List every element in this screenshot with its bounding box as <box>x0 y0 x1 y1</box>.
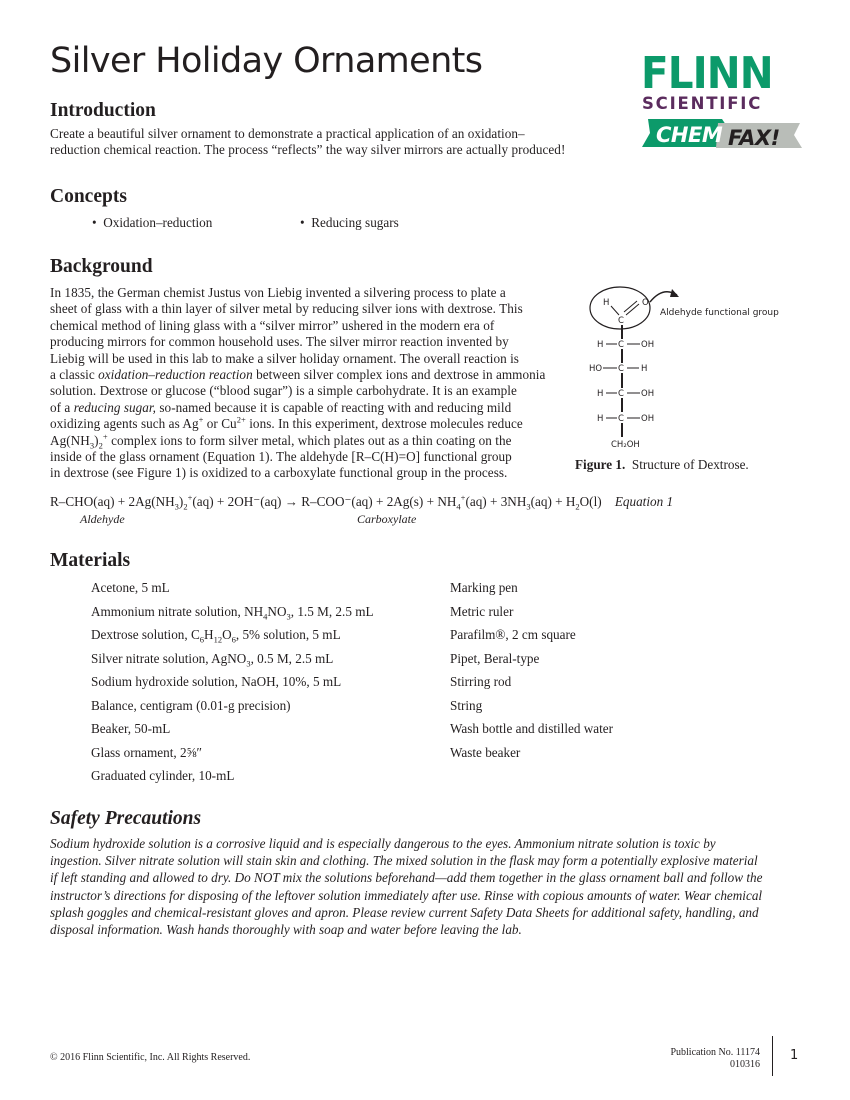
svg-text:C: C <box>618 389 624 399</box>
introduction-text: Create a beautiful silver ornament to de… <box>50 126 565 159</box>
heading-background: Background <box>50 257 153 277</box>
background-line: solution. Dextrose or glucose (“blood su… <box>50 383 575 399</box>
equation-1: R–CHO(aq) + 2Ag(NH3)2+(aq) + 2OH⁻(aq) → … <box>50 494 673 510</box>
svg-text:CH₂OH: CH₂OH <box>611 440 640 450</box>
material-item: Silver nitrate solution, AgNO3, 0.5 M, 2… <box>91 647 374 671</box>
safety-line: splash goggles and chemical-resistant gl… <box>50 904 765 921</box>
carboxylate-label: Carboxylate <box>357 512 416 527</box>
material-item: Graduated cylinder, 10-mL <box>91 764 374 788</box>
figure-caption-text: Structure of Dextrose. <box>632 457 749 472</box>
background-line: chemical method of lining glass with a “… <box>50 318 575 334</box>
svg-text:C: C <box>618 316 624 326</box>
svg-text:C: C <box>618 340 624 350</box>
aldehyde-label: Aldehyde <box>80 512 125 527</box>
material-item: Balance, centigram (0.01-g precision) <box>91 694 374 718</box>
svg-text:H: H <box>603 298 609 308</box>
page-title: Silver Holiday Ornaments <box>50 44 482 79</box>
background-line: inside of the glass ornament (Equation 1… <box>50 449 575 465</box>
heading-introduction: Introduction <box>50 101 156 121</box>
safety-line: disposal information. Wash hands thoroug… <box>50 921 765 938</box>
svg-text:HO: HO <box>589 364 602 374</box>
background-line: Ag(NH3)2+ complex ions to form silver me… <box>50 433 575 449</box>
material-item: Dextrose solution, C6H12O6, 5% solution,… <box>91 623 374 647</box>
svg-text:H: H <box>597 414 603 424</box>
svg-text:O: O <box>642 298 649 308</box>
material-item: Stirring rod <box>450 670 613 694</box>
background-line: sheet of glass with a thin layer of silv… <box>50 301 575 317</box>
material-item: Marking pen <box>450 576 613 600</box>
material-item: Acetone, 5 mL <box>91 576 374 600</box>
figure-label: Figure 1. <box>575 457 625 472</box>
footer-publication: Publication No. 11174 010316 <box>650 1047 760 1071</box>
publication-code: 010316 <box>650 1059 760 1071</box>
concept-label: Reducing sugars <box>311 215 399 230</box>
svg-text:CHEM: CHEM <box>656 123 723 147</box>
background-text: In 1835, the German chemist Justus von L… <box>50 285 575 482</box>
heading-concepts: Concepts <box>50 187 127 207</box>
background-line: of a reducing sugar, so-named because it… <box>50 400 575 416</box>
svg-text:Aldehyde functional group: Aldehyde functional group <box>660 308 779 318</box>
svg-text:OH: OH <box>641 340 654 350</box>
material-item: Waste beaker <box>450 741 613 765</box>
figure-dextrose-structure: Aldehyde functional group H O C H C OH H… <box>575 282 815 477</box>
safety-line: ingestion. Silver nitrate solution will … <box>50 852 765 869</box>
flinn-chemfax-logo: FLINN SCIENTIFIC CHEM FAX! <box>640 52 805 152</box>
svg-text:H: H <box>597 389 603 399</box>
svg-text:C: C <box>618 414 624 424</box>
background-line: Liebig will be used in this lab to make … <box>50 351 575 367</box>
safety-line: Sodium hydroxide solution is a corrosive… <box>50 835 765 852</box>
dextrose-structure-diagram: Aldehyde functional group H O C H C OH H… <box>575 282 815 457</box>
materials-right-list: Marking pen Metric ruler Parafilm®, 2 cm… <box>450 576 613 764</box>
material-item: Beaker, 50-mL <box>91 717 374 741</box>
safety-line: if left standing and allowed to dry. Do … <box>50 869 765 886</box>
chemfax-banner-icon: CHEM FAX! <box>640 117 804 149</box>
equation-label: Equation 1 <box>615 494 673 509</box>
intro-line: reduction chemical reaction. The process… <box>50 142 565 158</box>
safety-line: instructor’s directions for disposing of… <box>50 887 765 904</box>
svg-text:H: H <box>641 364 647 374</box>
material-item: Parafilm®, 2 cm square <box>450 623 613 647</box>
page-number: 1 <box>790 1048 798 1063</box>
material-item: Pipet, Beral-type <box>450 647 613 671</box>
concept-label: Oxidation–reduction <box>103 215 212 230</box>
material-item: Glass ornament, 2⅝″ <box>91 741 374 765</box>
logo-brand: FLINN <box>641 52 773 96</box>
background-line: in dextrose (see Figure 1) is oxidized t… <box>50 465 575 481</box>
concept-item: • Oxidation–reduction <box>92 215 212 231</box>
material-item: Sodium hydroxide solution, NaOH, 10%, 5 … <box>91 670 374 694</box>
intro-line: Create a beautiful silver ornament to de… <box>50 126 565 142</box>
figure-caption: Figure 1. Structure of Dextrose. <box>575 457 749 473</box>
svg-text:C: C <box>618 364 624 374</box>
background-line: a classic oxidation–reduction reaction b… <box>50 367 575 383</box>
material-item: Ammonium nitrate solution, NH4NO3, 1.5 M… <box>91 600 374 624</box>
svg-text:OH: OH <box>641 414 654 424</box>
safety-text: Sodium hydroxide solution is a corrosive… <box>50 835 765 938</box>
concept-item: • Reducing sugars <box>300 215 399 231</box>
publication-number: Publication No. 11174 <box>650 1047 760 1059</box>
svg-text:OH: OH <box>641 389 654 399</box>
svg-text:H: H <box>597 340 603 350</box>
heading-materials: Materials <box>50 551 130 571</box>
footer-copyright: © 2016 Flinn Scientific, Inc. All Rights… <box>50 1052 250 1063</box>
material-item: String <box>450 694 613 718</box>
svg-text:FAX!: FAX! <box>728 126 780 149</box>
background-line: oxidizing agents such as Ag+ or Cu2+ ion… <box>50 416 575 432</box>
materials-left-list: Acetone, 5 mL Ammonium nitrate solution,… <box>91 576 374 788</box>
logo-subtitle: SCIENTIFIC <box>642 96 762 113</box>
heading-safety-precautions: Safety Precautions <box>50 808 201 830</box>
background-line: In 1835, the German chemist Justus von L… <box>50 285 575 301</box>
footer-divider <box>772 1036 773 1076</box>
material-item: Metric ruler <box>450 600 613 624</box>
material-item: Wash bottle and distilled water <box>450 717 613 741</box>
background-line: producing mirrors for common household u… <box>50 334 575 350</box>
